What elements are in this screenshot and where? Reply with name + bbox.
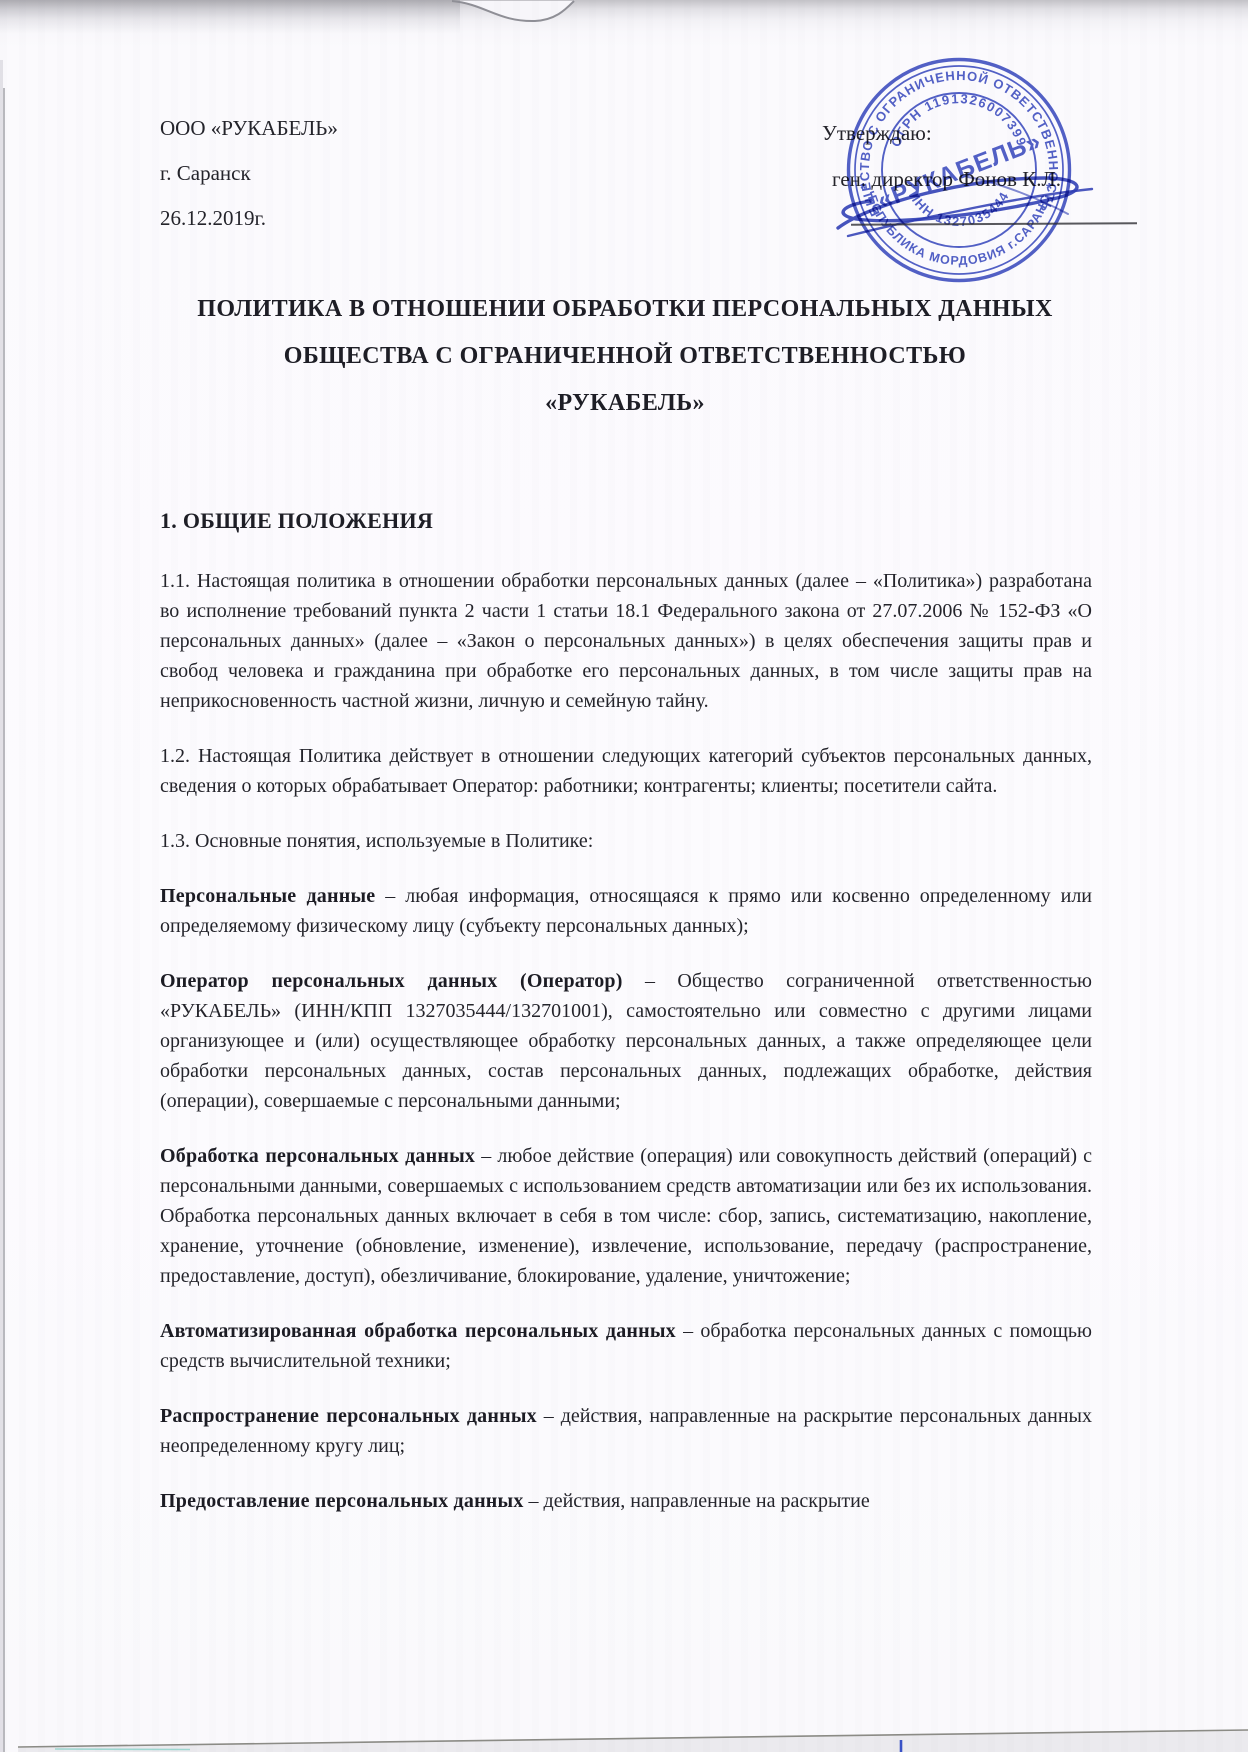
title-line-2: ОБЩЕСТВА С ОГРАНИЧЕННОЙ ОТВЕТСТВЕННОСТЬЮ <box>158 333 1092 380</box>
definition-operator: Оператор персональных данных (Оператор) … <box>160 966 1092 1116</box>
title-line-3: «РУКАБЕЛЬ» <box>158 380 1092 427</box>
definition-term: Персональные данные <box>160 885 375 907</box>
definition-text: – действия, направленные на раскрытие <box>524 1490 870 1512</box>
definition-term: Обработка персональных данных <box>160 1145 475 1167</box>
scanned-document-page: ООО «РУКАБЕЛЬ» г. Саранск 26.12.2019г. У… <box>0 0 1248 1752</box>
company-city: г. Саранск <box>160 151 338 196</box>
definition-term: Автоматизированная обработка персональны… <box>160 1320 676 1342</box>
paragraph-1-1: 1.1. Настоящая политика в отношении обра… <box>160 566 1092 716</box>
definition-term: Распространение персональных данных <box>160 1405 537 1427</box>
scan-top-shadow-left <box>0 0 460 34</box>
scan-left-edge-line <box>3 88 5 1752</box>
paragraph-1-2: 1.2. Настоящая Политика действует в отно… <box>160 741 1092 801</box>
section-1-heading: 1. ОБЩИЕ ПОЛОЖЕНИЯ <box>160 508 433 534</box>
header-left-block: ООО «РУКАБЕЛЬ» г. Саранск 26.12.2019г. <box>160 106 338 241</box>
document-date: 26.12.2019г. <box>160 196 338 241</box>
scan-bottom-edge <box>0 1722 1248 1752</box>
definition-term: Предоставление персональных данных <box>160 1490 524 1512</box>
paragraph-1-3: 1.3. Основные понятия, используемые в По… <box>160 826 1092 856</box>
scan-paper-notch <box>440 0 610 30</box>
title-line-1: ПОЛИТИКА В ОТНОШЕНИИ ОБРАБОТКИ ПЕРСОНАЛЬ… <box>158 286 1092 333</box>
director-signature <box>818 168 1118 250</box>
definition-automated-processing: Автоматизированная обработка персональны… <box>160 1316 1092 1376</box>
definition-provision: Предоставление персональных данных – дей… <box>160 1486 1092 1516</box>
definition-processing: Обработка персональных данных – любое де… <box>160 1141 1092 1291</box>
definition-dissemination: Распространение персональных данных – де… <box>160 1401 1092 1461</box>
definition-personal-data: Персональные данные – любая информация, … <box>160 881 1092 941</box>
document-title: ПОЛИТИКА В ОТНОШЕНИИ ОБРАБОТКИ ПЕРСОНАЛЬ… <box>158 286 1092 427</box>
document-body: 1.1. Настоящая политика в отношении обра… <box>160 566 1092 1541</box>
company-name: ООО «РУКАБЕЛЬ» <box>160 106 338 151</box>
definition-term: Оператор персональных данных (Оператор) <box>160 970 623 992</box>
